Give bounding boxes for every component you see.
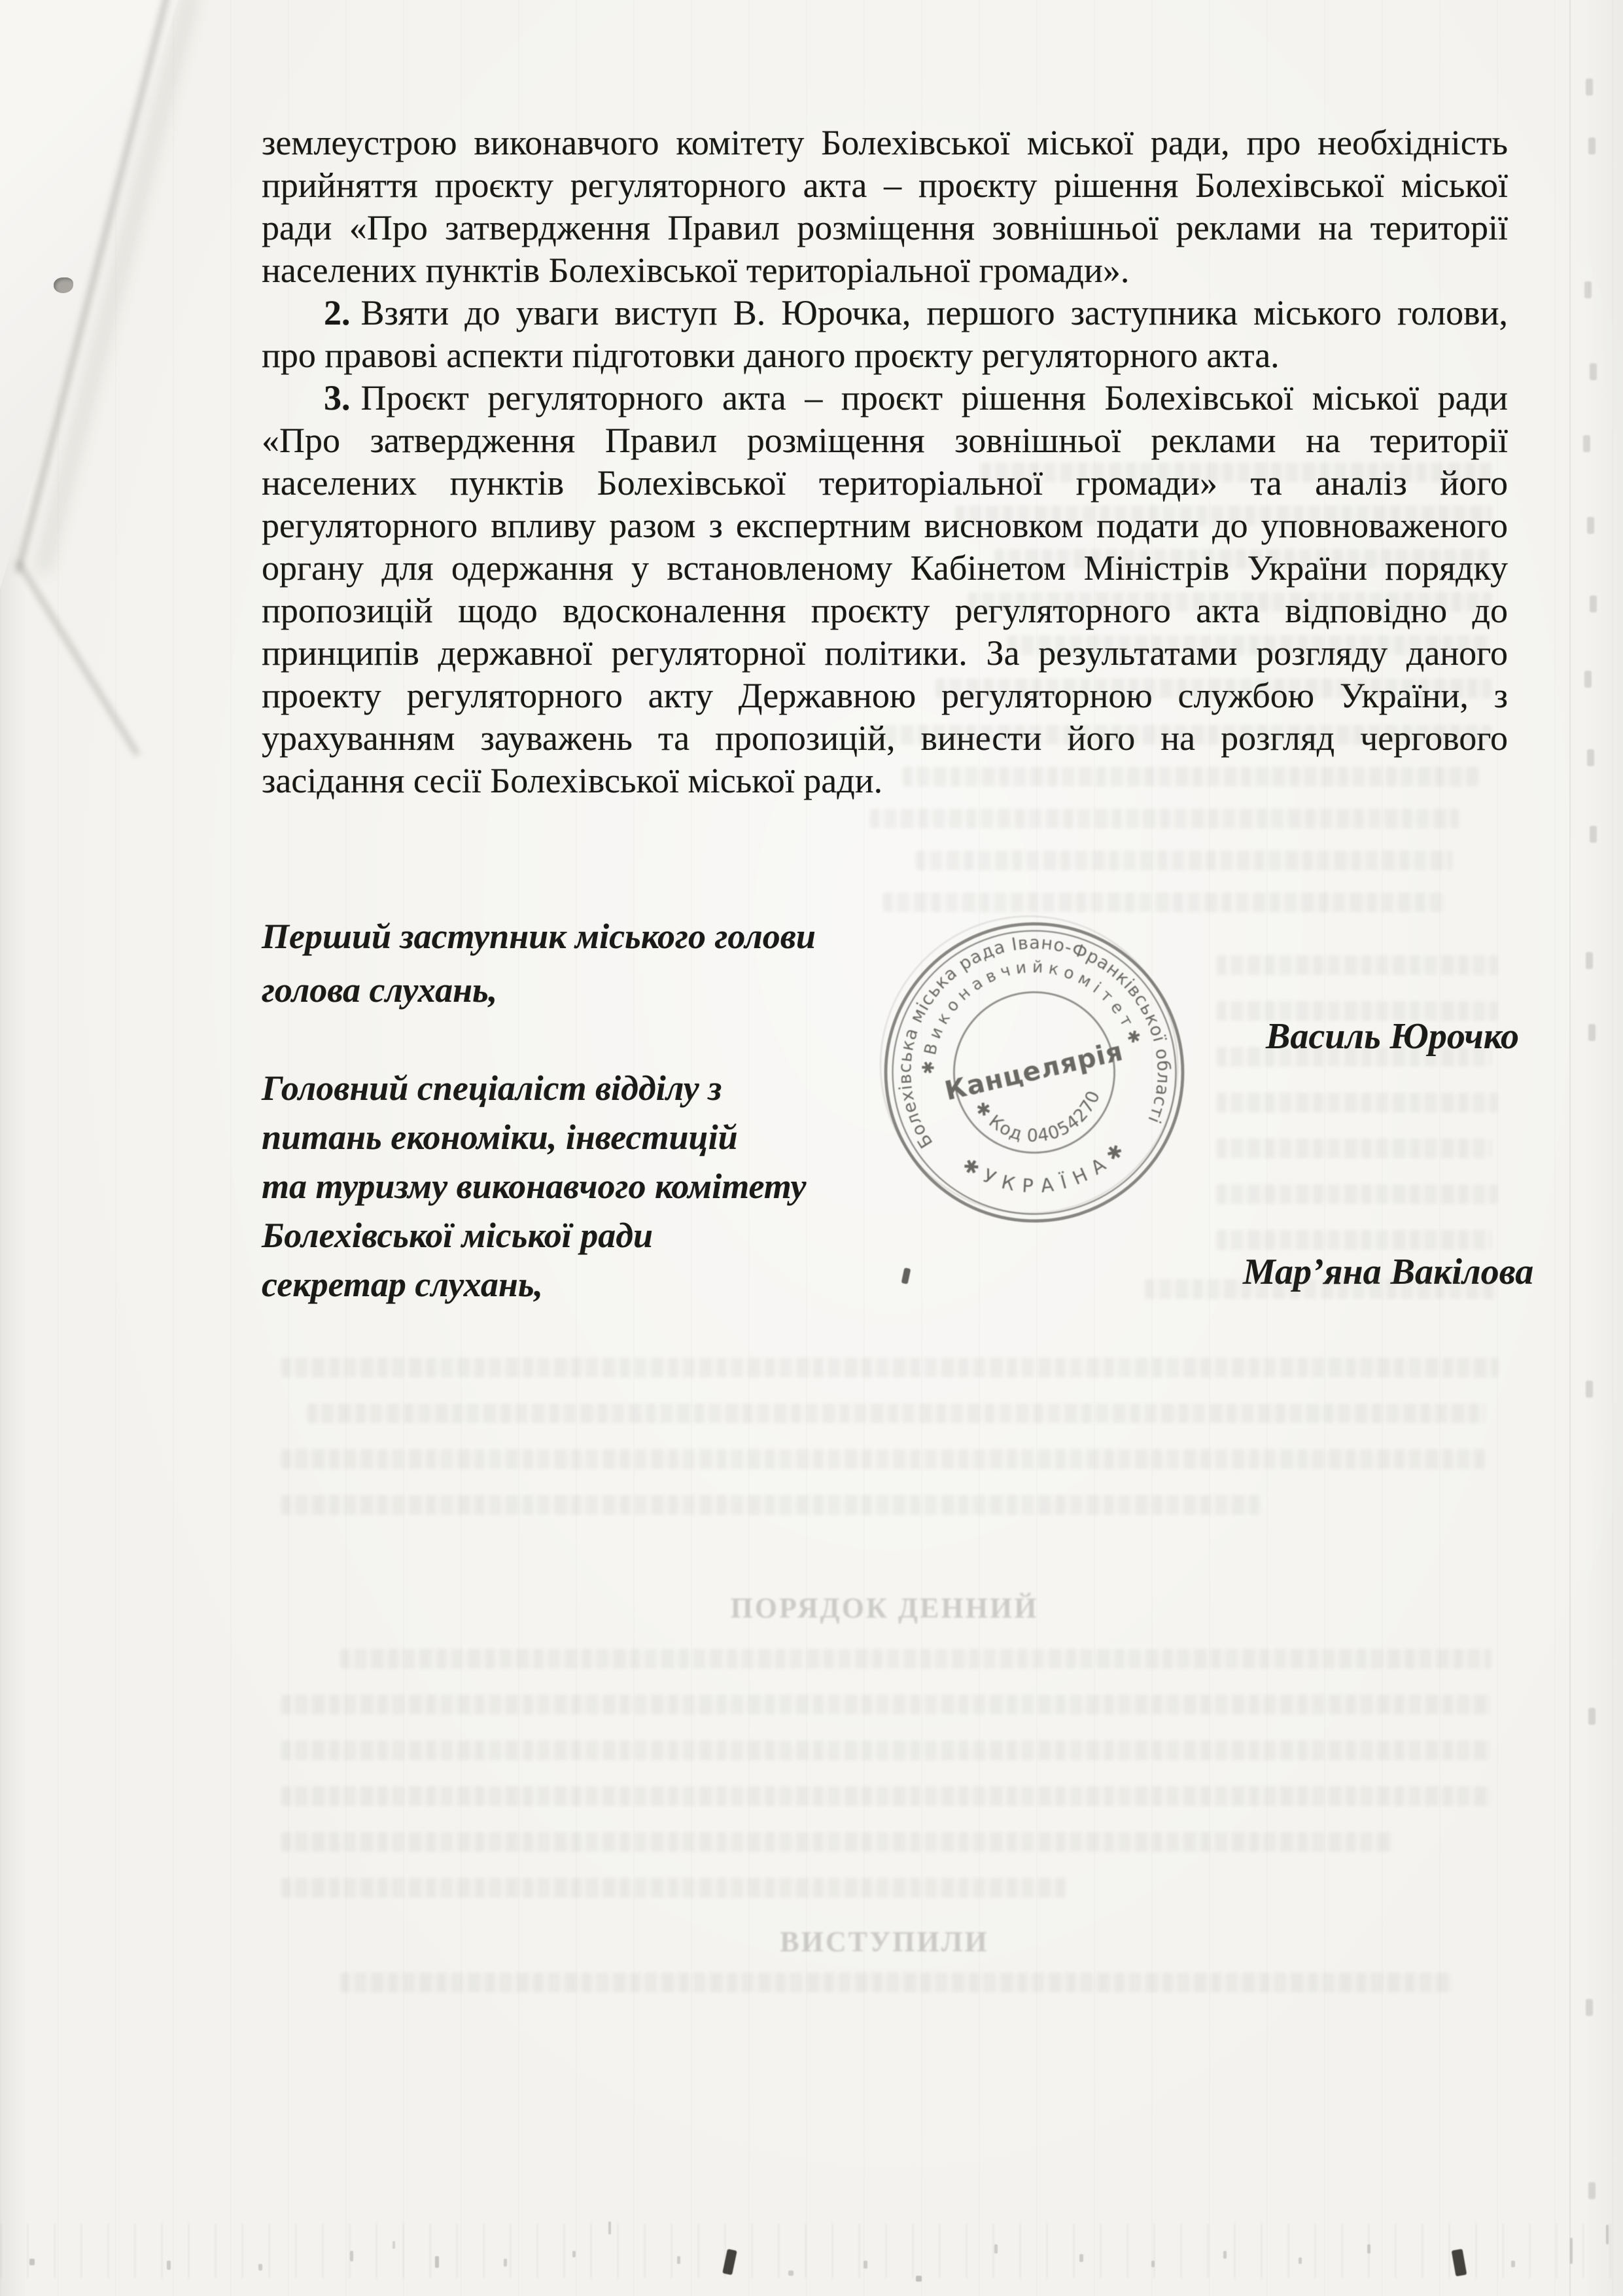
- scan-speck: [1367, 2244, 1370, 2253]
- bleedthrough-line: [307, 1404, 1485, 1423]
- bleedthrough-line: [281, 1449, 1485, 1469]
- paragraph-text: землеустрою виконавчого комітету Болехів…: [262, 123, 1508, 290]
- signature-title-line: та туризму виконавчого комітету: [262, 1166, 806, 1207]
- bleedthrough-line: [1217, 1047, 1492, 1067]
- bleedthrough-line: [981, 463, 1492, 482]
- paragraph-number: 2.: [324, 293, 351, 332]
- scan-speck: [864, 2261, 867, 2269]
- scan-smudge: [1590, 595, 1597, 612]
- scan-speck: [1151, 2261, 1155, 2267]
- paragraph-continuation: землеустрою виконавчого комітету Болехів…: [262, 122, 1508, 292]
- bleedthrough-line: [883, 892, 1446, 912]
- official-round-stamp: Болехівська міська рада Івано-Франківськ…: [855, 893, 1213, 1251]
- bleedthrough-line: [281, 1786, 1492, 1806]
- scan-speck: [1570, 2238, 1573, 2264]
- bleedthrough-heading: ВИСТУПИЛИ: [780, 1925, 988, 1958]
- bleedthrough-line: [281, 1695, 1492, 1714]
- bleedthrough-line: [281, 1832, 1393, 1852]
- bleedthrough-line: [903, 767, 1478, 786]
- scan-speck: [1299, 2257, 1302, 2264]
- paragraph-2: 2.Взяти до уваги виступ В. Юрочка, першо…: [262, 292, 1508, 377]
- scan-speck: [1511, 2261, 1515, 2267]
- scan-smudge: [1587, 749, 1594, 766]
- scan-smudge: [1588, 1024, 1596, 1041]
- scan-smudge: [1586, 79, 1593, 96]
- bleedthrough-line: [1145, 1279, 1498, 1299]
- scan-speck: [258, 2264, 262, 2270]
- scan-speck: [1079, 2254, 1083, 2262]
- bleedthrough-line: [994, 549, 1492, 569]
- bleedthrough-line: [1217, 1184, 1498, 1204]
- scan-smudge: [1590, 826, 1597, 843]
- bleedthrough-heading: ПОРЯДОК ДЕННИЙ: [731, 1591, 1039, 1625]
- bleedthrough-line: [870, 809, 1459, 828]
- bleedthrough-line: [1007, 635, 1492, 655]
- scan-speck: [994, 2244, 998, 2253]
- bleedthrough-line: [340, 1973, 1452, 1992]
- bottom-noise-band: [0, 2223, 1623, 2278]
- scan-speck: [1223, 2251, 1227, 2259]
- scan-smudge: [1586, 952, 1593, 969]
- bleedthrough-line: [281, 1740, 1492, 1760]
- document-body-text: землеустрою виконавчого комітету Болехів…: [262, 122, 1508, 802]
- scan-speck: [29, 2259, 35, 2265]
- scan-smudge: [1584, 671, 1592, 688]
- signature-title-line: секретар слухань,: [262, 1264, 543, 1305]
- scan-speck: [572, 2251, 576, 2257]
- scan-smudge: [1586, 1999, 1593, 2016]
- scan-smudge: [1590, 363, 1597, 380]
- scan-smudge: [1588, 137, 1596, 154]
- scan-smudge: [1584, 281, 1592, 298]
- scan-speck: [901, 1267, 911, 1284]
- scan-smudge: [1588, 2182, 1596, 2199]
- scan-speck: [393, 2241, 395, 2249]
- signature-title-line: голова слухань,: [262, 970, 497, 1010]
- bleedthrough-line: [281, 1495, 1263, 1515]
- scan-speck: [167, 2261, 171, 2270]
- bleedthrough-line: [1217, 1230, 1492, 1250]
- bleedthrough-line: [955, 506, 1492, 525]
- scan-smudge: [1587, 517, 1594, 534]
- bleedthrough-line: [340, 1649, 1492, 1669]
- scan-smudge: [1586, 1381, 1593, 1398]
- bleedthrough-line: [1217, 1093, 1498, 1112]
- bleedthrough-line: [281, 1878, 1066, 1898]
- signature-title-line: Болехівської міської ради: [262, 1215, 653, 1256]
- scan-speck: [504, 2259, 507, 2267]
- scanner-edge-line: [1569, 0, 1571, 2296]
- bleedthrough-line: [870, 725, 1492, 745]
- signature-title-line: Головний спеціаліст відділу з: [262, 1068, 722, 1108]
- bleedthrough-line: [935, 679, 1492, 698]
- scan-speck: [608, 2221, 611, 2234]
- scan-speck: [916, 2276, 922, 2282]
- scan-speck: [435, 2256, 439, 2268]
- scan-speck: [677, 2256, 680, 2264]
- bleedthrough-line: [1217, 1139, 1492, 1158]
- scan-smudge: [1583, 435, 1590, 452]
- signature-title-line: питань економіки, інвестицій: [262, 1117, 738, 1157]
- scan-speck: [350, 2251, 353, 2261]
- signature-title-line: Перший заступник міського голови: [262, 916, 816, 957]
- bleedthrough-line: [1217, 1001, 1498, 1021]
- scanned-document-page: землеустрою виконавчого комітету Болехів…: [0, 0, 1623, 2296]
- scan-smudge: [1588, 1708, 1596, 1725]
- scan-speck: [1606, 2225, 1609, 2244]
- bleedthrough-line: [916, 851, 1452, 870]
- bleedthrough-line: [281, 1358, 1498, 1377]
- paragraph-text: Взяти до уваги виступ В. Юрочка, першого…: [262, 293, 1508, 375]
- bleedthrough-line: [968, 592, 1492, 612]
- fold-crease-lower: [16, 561, 139, 756]
- bleedthrough-line: [1217, 955, 1498, 975]
- paragraph-number: 3.: [324, 378, 351, 417]
- scan-speck: [788, 2270, 794, 2276]
